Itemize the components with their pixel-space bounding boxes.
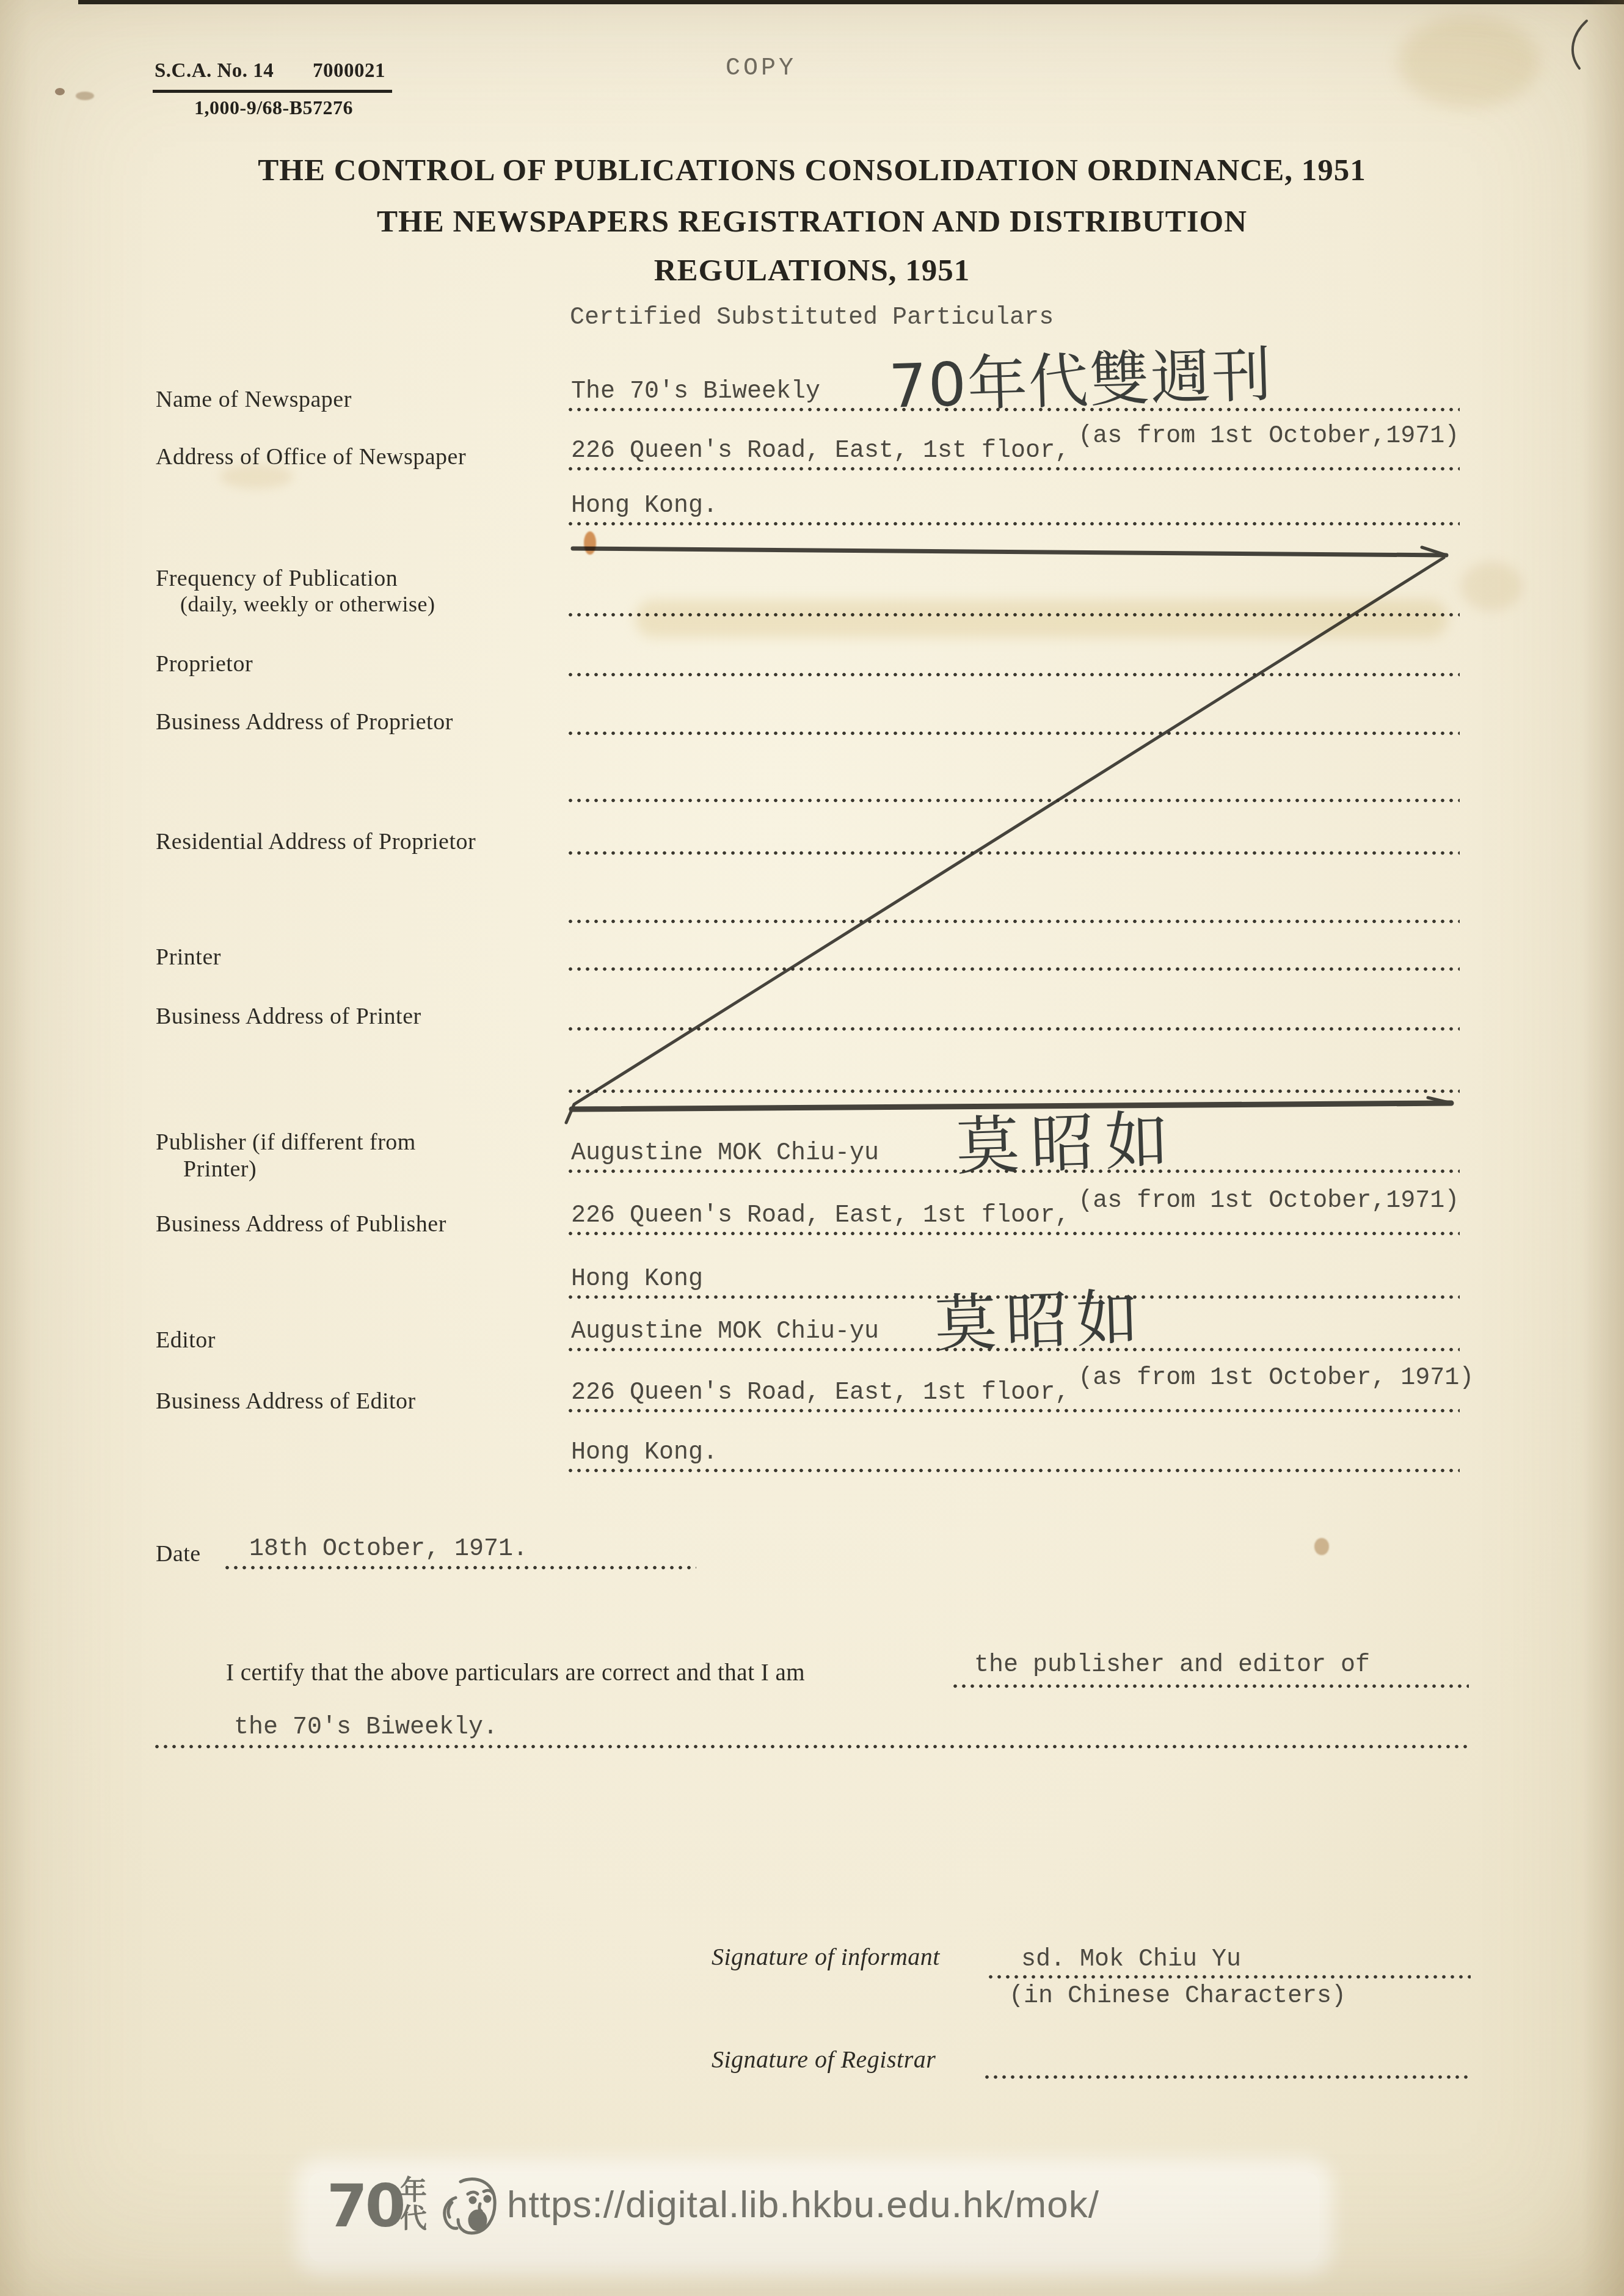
publisher-business-address-line	[568, 1231, 1460, 1236]
newspaper-name-value: The 70's Biweekly	[571, 378, 820, 406]
certification-role-value: the publisher and editor of	[974, 1652, 1370, 1679]
publisher-line	[568, 1168, 1460, 1173]
copy-stamp: COPY	[726, 55, 796, 82]
editor-business-address-city: Hong Kong.	[571, 1439, 718, 1467]
frequency-label: Frequency of Publication	[156, 565, 398, 592]
office-address-label: Address of Office of Newspaper	[156, 443, 466, 470]
editor-line	[568, 1347, 1460, 1352]
office-address-line1: 226 Queen's Road, East, 1st floor,	[571, 437, 1069, 465]
office-address-city: Hong Kong.	[571, 492, 718, 520]
office-address-value: 226 Queen's Road, East, 1st floor,(as fr…	[571, 437, 1459, 465]
editor-business-address-city-line	[568, 1468, 1460, 1473]
stain-mark	[1314, 1538, 1329, 1555]
editor-label: Editor	[156, 1327, 216, 1354]
publisher-business-address-note: (as from 1st October,1971)	[1078, 1187, 1459, 1215]
scanned-registration-form: S.C.A. No. 14 7000021 1,000-9/68-B57276 …	[0, 0, 1624, 2296]
printer-business-address-line1	[568, 1026, 1460, 1031]
logo-char-top: 年	[400, 2177, 427, 2205]
watermark-url: https://digital.lib.hkbu.edu.hk/mok/	[507, 2183, 1099, 2226]
proprietor-business-address-label: Business Address of Proprietor	[156, 709, 453, 735]
stain-mark	[55, 88, 65, 95]
publisher-value: Augustine MOK Chiu-yu	[571, 1140, 879, 1167]
regulations-title: THE NEWSPAPERS REGISTRATION AND DISTRIBU…	[0, 204, 1624, 239]
proprietor-business-address-line2	[568, 798, 1460, 803]
newspaper-name-label: Name of Newspaper	[156, 386, 352, 413]
proprietor-line	[568, 672, 1460, 677]
publisher-business-address-city: Hong Kong	[571, 1266, 703, 1293]
signature-registrar-label: Signature of Registrar	[712, 2045, 936, 2074]
printer-line	[568, 966, 1460, 971]
certification-role-line	[953, 1683, 1469, 1688]
certification-publication-line	[155, 1744, 1468, 1749]
seventies-logo: 70	[327, 2172, 404, 2240]
regulations-year: REGULATIONS, 1951	[0, 253, 1624, 288]
publisher-business-address-line1: 226 Queen's Road, East, 1st floor,	[571, 1202, 1069, 1230]
certification-publication-value: the 70's Biweekly.	[234, 1714, 498, 1741]
stain-mark	[1461, 562, 1522, 611]
publisher-label-line1: Publisher (if different from	[156, 1129, 416, 1156]
frequency-label-note: (daily, weekly or otherwise)	[180, 591, 435, 617]
signature-informant-note: (in Chinese Characters)	[1009, 1983, 1346, 2010]
printer-business-address-label: Business Address of Printer	[156, 1003, 421, 1030]
publisher-label-line2: Printer)	[183, 1156, 257, 1183]
form-number-rule	[153, 90, 392, 93]
stain-mark	[584, 531, 596, 555]
editor-business-address-note: (as from 1st October, 1971)	[1078, 1365, 1474, 1392]
editor-value: Augustine MOK Chiu-yu	[571, 1318, 879, 1346]
editor-business-address-line1: 226 Queen's Road, East, 1st floor,	[571, 1379, 1069, 1407]
stain-mark	[1399, 16, 1539, 108]
form-number: S.C.A. No. 14	[155, 60, 274, 82]
publisher-business-address-label: Business Address of Publisher	[156, 1211, 446, 1237]
editor-business-address-line	[568, 1408, 1460, 1413]
office-address-line	[568, 466, 1460, 471]
frequency-line	[568, 612, 1460, 617]
logo-char-bottom: 代	[400, 2205, 427, 2233]
proprietor-residential-address-label: Residential Address of Proprietor	[156, 828, 476, 855]
stain-mark	[76, 92, 94, 100]
newspaper-name-line	[568, 407, 1460, 412]
date-value: 18th October, 1971.	[249, 1536, 528, 1563]
signature-informant-line	[988, 1974, 1471, 1979]
signature-informant-value: sd. Mok Chiu Yu	[1021, 1946, 1241, 1973]
scan-top-edge	[78, 0, 1624, 4]
shouting-face-icon	[437, 2173, 501, 2239]
date-label: Date	[156, 1540, 201, 1567]
proprietor-business-address-line1	[568, 731, 1460, 735]
signature-registrar-line	[985, 2074, 1472, 2079]
serial-number: 7000021	[313, 60, 385, 82]
printer-business-address-line2	[568, 1088, 1460, 1093]
proprietor-label: Proprietor	[156, 651, 253, 677]
seventies-logo-chinese: 年 代	[400, 2177, 427, 2233]
print-code: 1,000-9/68-B57276	[194, 97, 353, 119]
printer-label: Printer	[156, 944, 221, 971]
editor-business-address-value: 226 Queen's Road, East, 1st floor,(as fr…	[571, 1379, 1474, 1407]
signature-informant-label: Signature of informant	[712, 1942, 940, 1971]
office-address-city-line	[568, 521, 1460, 526]
date-line	[225, 1565, 696, 1570]
stain-mark	[635, 600, 1447, 638]
office-address-note: (as from 1st October,1971)	[1078, 423, 1459, 450]
certification-text: I certify that the above particulars are…	[226, 1659, 805, 1686]
proprietor-residential-address-line2	[568, 919, 1460, 924]
subtitle: Certified Substituted Particulars	[570, 304, 1054, 332]
ordinance-title: THE CONTROL OF PUBLICATIONS CONSOLIDATIO…	[0, 153, 1624, 188]
proprietor-residential-address-line1	[568, 850, 1460, 855]
publisher-business-address-value: 226 Queen's Road, East, 1st floor,(as fr…	[571, 1202, 1459, 1230]
editor-business-address-label: Business Address of Editor	[156, 1388, 416, 1415]
